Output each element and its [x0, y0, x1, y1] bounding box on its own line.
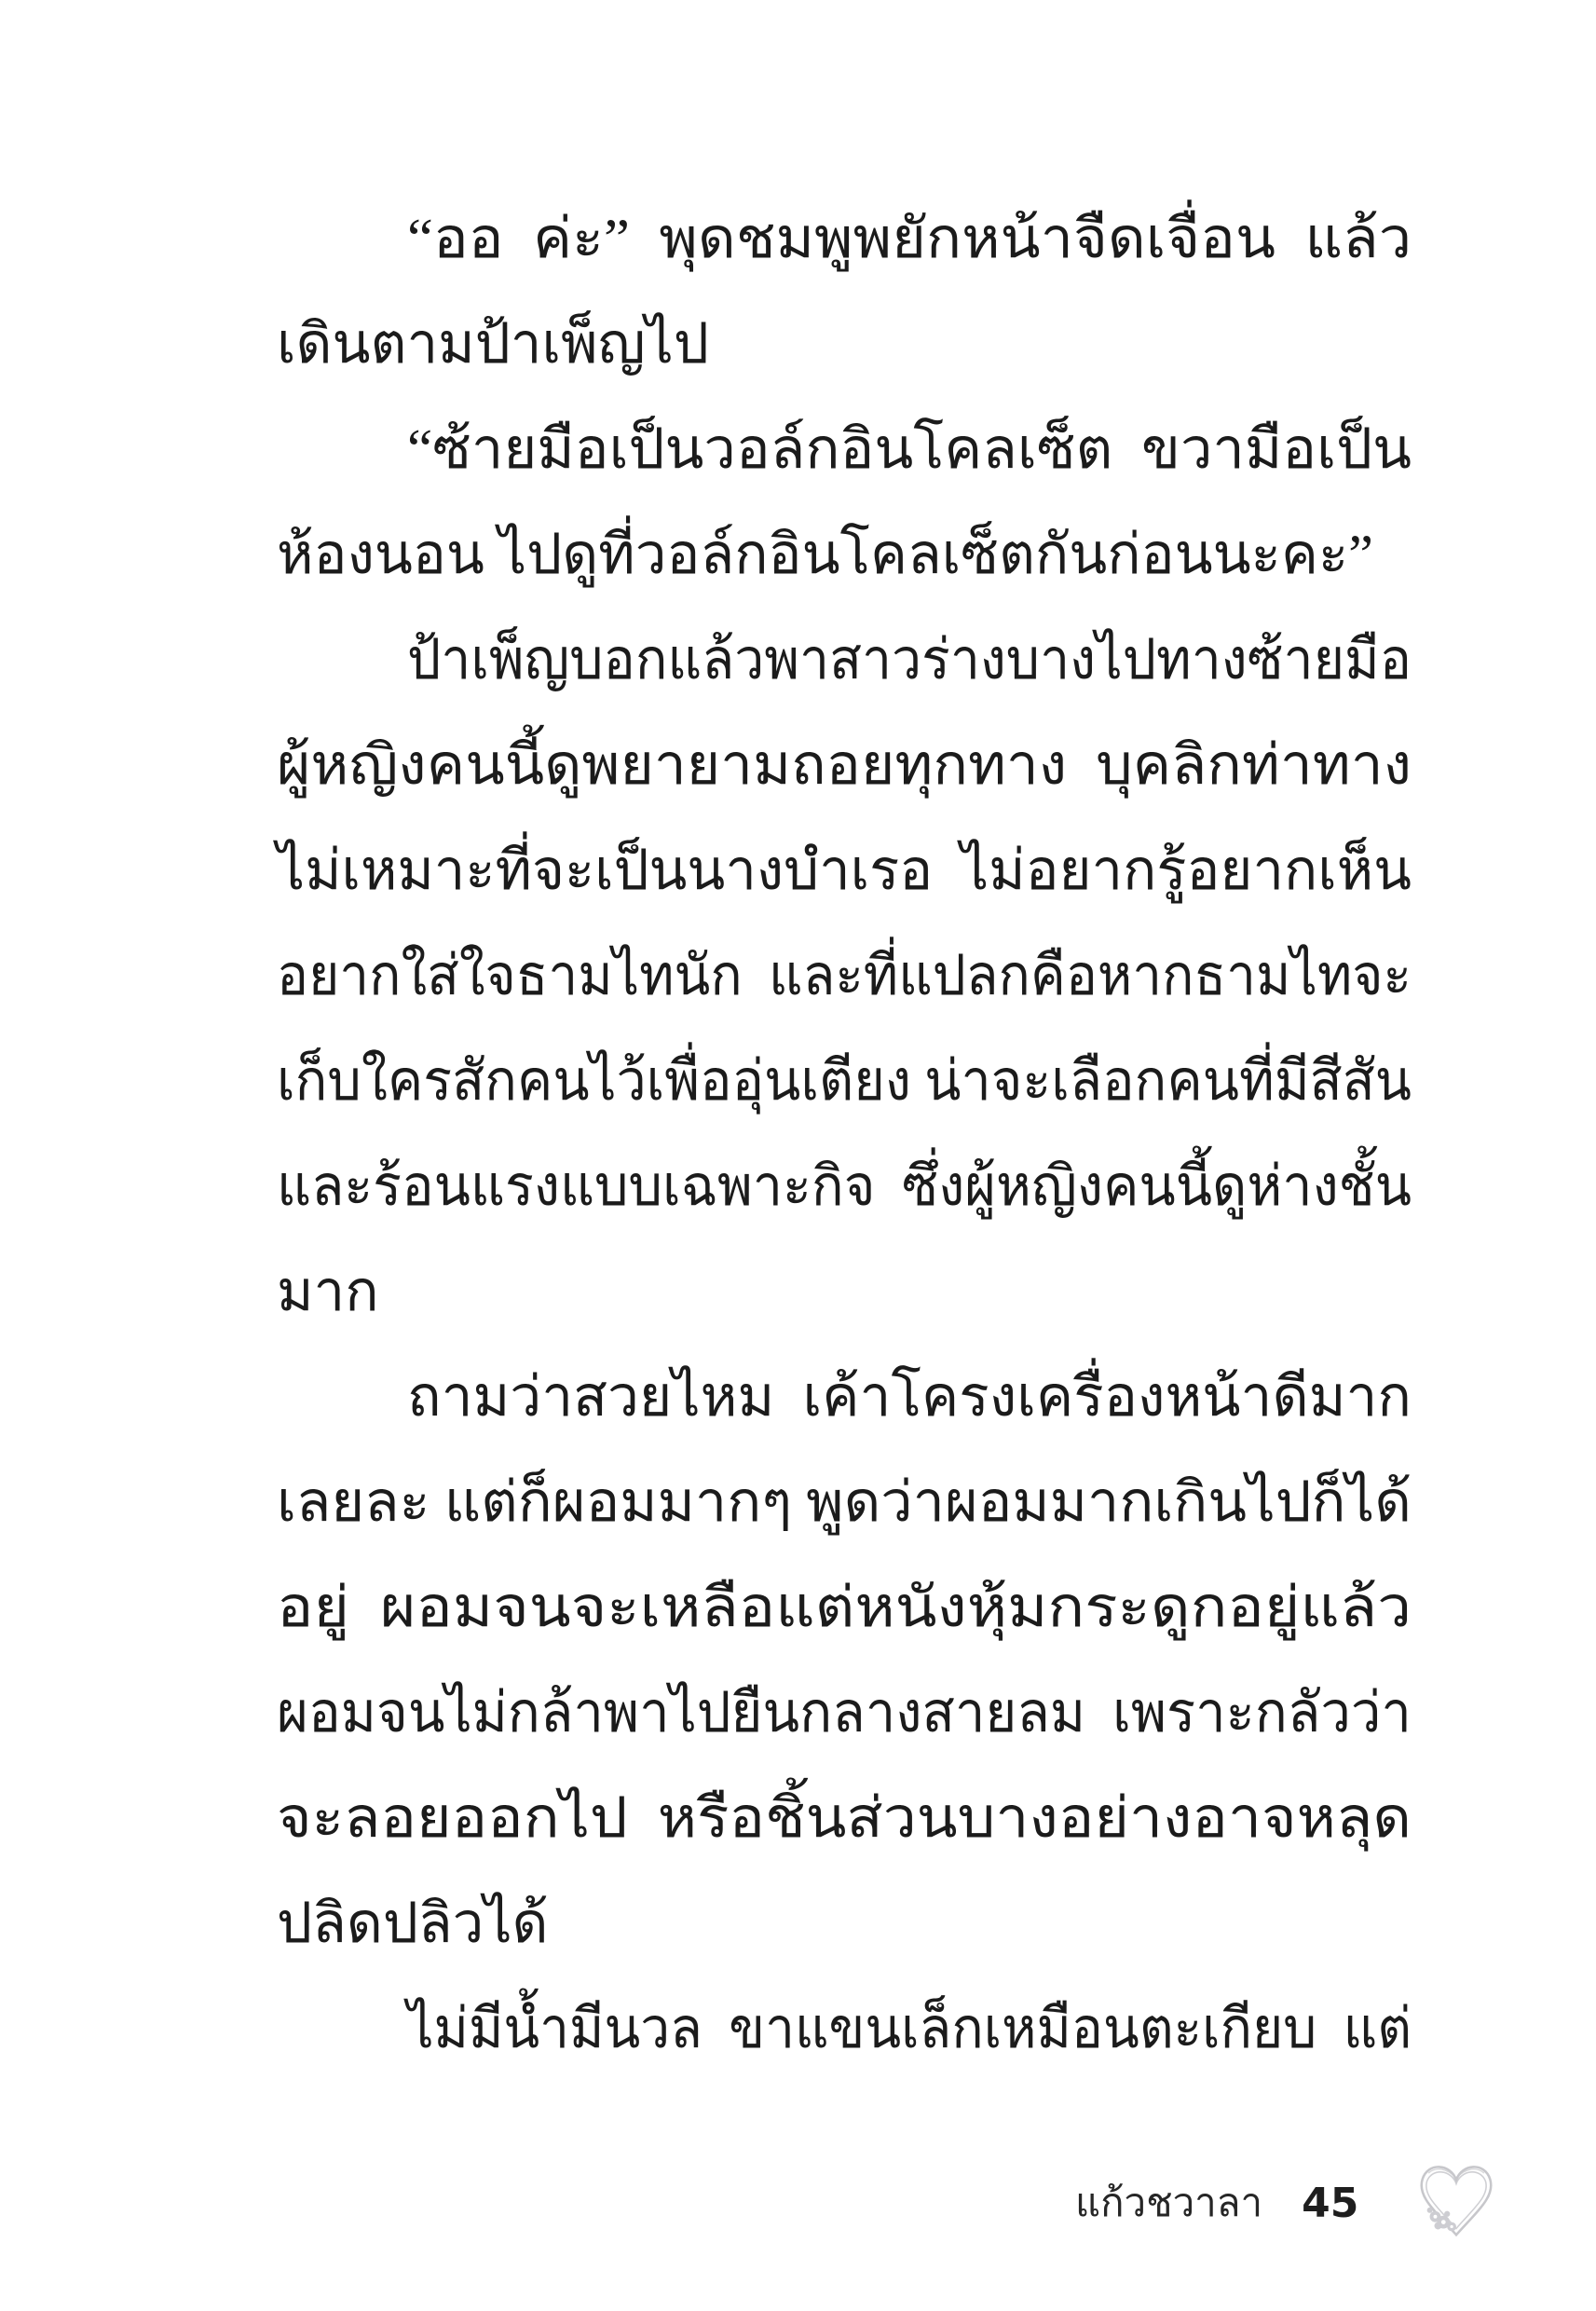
text-line: เก็บใครสักคนไว้เพื่ออุ่นเตียง น่าจะเลือก…	[277, 1029, 1412, 1134]
text-line-content: เลยละ แต่ก็ผอมมากๆ พูดว่าผอมมากเกินไปก็ไ…	[277, 1450, 1412, 1555]
text-line: จะลอยออกไป หรือชิ้นส่วนบางอย่างอาจหลุด	[277, 1766, 1412, 1871]
text-line-content: ปลิดปลิวได้	[277, 1871, 549, 1976]
text-line: “ออ ค่ะ” พุดชมพูพยักหน้าจืดเจื่อน แล้ว	[277, 186, 1412, 292]
book-title: แก้วชวาลา	[1075, 2184, 1262, 2223]
text-line: อยู่ ผอมจนจะเหลือแต่หนังหุ้มกระดูกอยู่แล…	[277, 1555, 1412, 1661]
text-line: ปลิดปลิวได้	[277, 1871, 1412, 1976]
page-text: “ออ ค่ะ” พุดชมพูพยักหน้าจืดเจื่อน แล้วเด…	[277, 186, 1412, 2082]
text-line: ป้าเพ็ญบอกแล้วพาสาวร่างบางไปทางซ้ายมือ	[277, 608, 1412, 713]
text-line-content: เก็บใครสักคนไว้เพื่ออุ่นเตียง น่าจะเลือก…	[277, 1029, 1412, 1134]
text-line-content: และร้อนแรงแบบเฉพาะกิจ ซึ่งผู้หญิงคนนี้ดู…	[277, 1134, 1412, 1239]
text-line: “ซ้ายมือเป็นวอล์กอินโคลเซ็ต ขวามือเป็น	[277, 397, 1412, 502]
page-number: 45	[1302, 2183, 1358, 2224]
text-line-content: ห้องนอน ไปดูที่วอล์กอินโคลเซ็ตกันก่อนนะค…	[277, 502, 1373, 608]
text-line-content: ผู้หญิงคนนี้ดูพยายามถอยทุกทาง บุคลิกท่าท…	[277, 713, 1412, 818]
text-line: เดินตามป้าเพ็ญไป	[277, 292, 1412, 397]
page-footer: แก้วชวาลา 45	[1075, 2153, 1502, 2255]
text-line-content: ไม่เหมาะที่จะเป็นนางบำเรอ ไม่อยากรู้อยาก…	[277, 818, 1412, 923]
text-line-content: “ออ ค่ะ” พุดชมพูพยักหน้าจืดเจื่อน แล้ว	[407, 186, 1412, 292]
text-line-content: เดินตามป้าเพ็ญไป	[277, 292, 709, 397]
text-line: ไม่เหมาะที่จะเป็นนางบำเรอ ไม่อยากรู้อยาก…	[277, 818, 1412, 923]
text-line-content: ผอมจนไม่กล้าพาไปยืนกลางสายลม เพราะกลัวว่…	[277, 1661, 1412, 1766]
text-line: อยากใส่ใจธามไทนัก และที่แปลกคือหากธามไทจ…	[277, 923, 1412, 1029]
text-line-content: อยู่ ผอมจนจะเหลือแต่หนังหุ้มกระดูกอยู่แล…	[277, 1555, 1412, 1661]
text-line-content: “ซ้ายมือเป็นวอล์กอินโคลเซ็ต ขวามือเป็น	[407, 397, 1412, 502]
text-line: และร้อนแรงแบบเฉพาะกิจ ซึ่งผู้หญิงคนนี้ดู…	[277, 1134, 1412, 1239]
text-line-content: ไม่มีน้ำมีนวล ขาแขนเล็กเหมือนตะเกียบ แต่	[407, 1976, 1412, 2082]
text-line: ห้องนอน ไปดูที่วอล์กอินโคลเซ็ตกันก่อนนะค…	[277, 502, 1412, 608]
text-line-content: ถามว่าสวยไหม เค้าโครงเครื่องหน้าดีมาก	[407, 1345, 1412, 1450]
text-line: ผอมจนไม่กล้าพาไปยืนกลางสายลม เพราะกลัวว่…	[277, 1661, 1412, 1766]
heart-wreath-icon	[1411, 2156, 1502, 2251]
text-line-content: อยากใส่ใจธามไทนัก และที่แปลกคือหากธามไทจ…	[277, 923, 1412, 1029]
text-line-content: มาก	[277, 1239, 379, 1345]
text-line: ไม่มีน้ำมีนวล ขาแขนเล็กเหมือนตะเกียบ แต่	[277, 1976, 1412, 2082]
text-line-content: ป้าเพ็ญบอกแล้วพาสาวร่างบางไปทางซ้ายมือ	[407, 608, 1412, 713]
text-line-content: จะลอยออกไป หรือชิ้นส่วนบางอย่างอาจหลุด	[277, 1766, 1412, 1871]
text-line: ถามว่าสวยไหม เค้าโครงเครื่องหน้าดีมาก	[277, 1345, 1412, 1450]
text-line: มาก	[277, 1239, 1412, 1345]
text-line: เลยละ แต่ก็ผอมมากๆ พูดว่าผอมมากเกินไปก็ไ…	[277, 1450, 1412, 1555]
text-line: ผู้หญิงคนนี้ดูพยายามถอยทุกทาง บุคลิกท่าท…	[277, 713, 1412, 818]
book-page: “ออ ค่ะ” พุดชมพูพยักหน้าจืดเจื่อน แล้วเด…	[0, 0, 1596, 2311]
